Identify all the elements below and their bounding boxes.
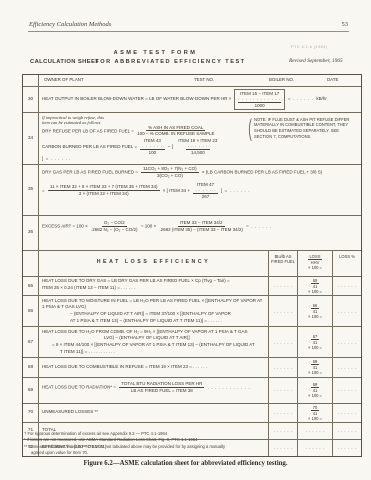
times-100-label: × 100 = [308,289,322,294]
brace-icon: ( [248,117,252,141]
row-number: 30 [23,87,39,112]
row-number: 65 [23,277,39,295]
fraction-denominator: 3 × (ITEM 32 + ITEM 34) [79,191,129,197]
heat-loss-header-row: HEAT LOSS EFFICIENCY Btu/lb AS FIRED FUE… [23,250,361,276]
loss-pct-value: . . . . . . [332,404,361,422]
loss-pct-value: . . . . . . [332,358,361,376]
loss-fraction: 67 41 × 100 = [297,327,332,357]
fraction: 11 × ITEM 32 + 8 × ITEM 33 + 7 (ITEM 35 … [48,184,160,196]
row-66: 66 HEAT LOSS DUE TO MOISTURE IN FUEL = L… [23,295,361,326]
formula-text: = [42,188,45,193]
row-number: 67 [23,327,39,357]
fraction-numerator: 11CO₂ + 8O₂ + 7(N₂ + CO) [141,166,199,173]
row-number: 66 [23,296,39,326]
fraction-denominator: 14,500 [191,150,205,156]
fraction-denominator: 3(CO₂ + CO) [157,173,183,179]
form-title-line1: ASME TEST FORM [0,50,311,56]
formula-line: AT 1 PSIA & T ITEM 13) − (ENTHALPY OF LI… [42,318,265,325]
flue-dust-note: NOTE: IF FLUE DUST & ASH PIT REFUSE DIFF… [254,115,358,141]
loss-fraction: 68 41 × 100 = [297,358,332,376]
fraction-denominator: 100 − % COMB. IN REFUSE SAMPLE [137,131,214,137]
formula-line: LVG) − (ENTHALPY OF LIQUID AT T AIR)] [42,335,265,342]
col-header-loss-pct: LOSS % [332,251,361,276]
fraction: 67 41 [311,334,320,345]
loss-pct-value: . . . . . . [332,378,361,403]
row-70: 70 UNMEASURED LOSSES ** . . . . . . 70 4… [23,403,361,422]
boiler-no-label: BOILER NO. [269,77,327,85]
fraction-denominator: .2682 N₂ − (O₂ − CO/2) [91,227,138,233]
fraction-numerator: % ASH IN AS FIRED COAL [146,125,205,132]
formula-text: DRY GAS PER LB AS FIRED FUEL BURNED = [42,170,138,175]
row-number: 34 [23,113,39,164]
row-65-content: HEAT LOSS DUE TO DRY GAS = LB DRY GAS PE… [39,277,268,295]
row-69: 69 HEAT LOSS DUE TO RADIATION* = TOTAL B… [23,377,361,403]
result-dots: = . . . . . . [246,224,271,229]
formula-line: = 9 × ITEM 44/100 × [(ENTHALPY OF VAPOR … [42,342,265,349]
fraction-value-dots: . . . . . . [193,187,217,194]
test-no-label: TEST NO. [194,77,269,85]
fraction-value-dots: . . . . . . [140,143,164,150]
fraction-value-dots: . . . . . . [186,143,210,150]
loss-fraction: 66 41 × 100 = [297,296,332,326]
formula-line: HEAT LOSS DUE TO H₂O FROM COMB. OF H₂ = … [42,329,265,336]
carbon-burned-formula: CARBON BURNED PER LB AS FIRED FUEL = ITE… [42,138,246,163]
row-68: 68 HEAT LOSS DUE TO COMBUSTIBLE IN REFUS… [23,357,361,376]
loss-pct-value: . . . . . . [332,296,361,326]
fraction: O₂ − CO/2 .2682 N₂ − (O₂ − CO/2) [91,220,138,232]
fraction-denominator: 100 [149,150,157,156]
running-head-title: Efficiency Calculation Methods [29,21,111,28]
fraction-numerator: TOTAL BTU RADIATION LOSS PER HR [119,381,204,388]
formula-line: HEAT LOSS DUE TO COMBUSTIBLE IN REFUSE =… [42,364,207,371]
loss-pct-value: . . . . . . [332,327,361,357]
row-number: 35 [23,165,39,215]
fraction: TOTAL BTU RADIATION LOSS PER HR LB AS FI… [119,381,204,393]
fraction-numerator: ITEM 33 − ITEM 34/2 [178,220,225,227]
times-100-label: × 100 = [308,393,322,398]
col-header-loss: LOSS HHV × 100 = [297,251,332,276]
row-36-content: EXCESS AIR† = 100 × O₂ − CO/2 .2682 N₂ −… [39,216,361,250]
row-35: 35 DRY GAS PER LB AS FIRED FUEL BURNED =… [23,164,361,215]
row-number: 36 [23,216,39,250]
btu-value: . . . . . . [268,404,297,422]
row-65: 65 HEAT LOSS DUE TO DRY GAS = LB DRY GAS… [23,276,361,295]
row-36: 36 EXCESS AIR† = 100 × O₂ − CO/2 .2682 N… [23,215,361,250]
fraction: 69 41 [311,382,320,393]
date-label: DATE [327,77,367,85]
formula-line: HEAT LOSS DUE TO DRY GAS = LB DRY GAS PE… [42,278,265,285]
formula-text: = 100 × [141,224,156,229]
fraction-denominator: 267 [202,194,210,200]
formula-text: × (LB CARBON BURNED PER LB AS FIRED FUEL… [202,170,322,175]
row-69-content: HEAT LOSS DUE TO RADIATION* = TOTAL BTU … [39,378,268,403]
row-30-text: HEAT OUTPUT IN BOILER BLOW-DOWN WATER = … [42,96,231,103]
header-rule [28,31,349,32]
fraction: % ASH IN AS FIRED COAL 100 − % COMB. IN … [137,125,214,137]
formula-text: EXCESS AIR† = 100 × [42,224,88,229]
book-page: Efficiency Calculation Methods 53 CALCUL… [0,0,371,480]
row-number: 69 [23,378,39,403]
row-number: 68 [23,358,39,376]
heat-loss-title: HEAT LOSS EFFICIENCY [39,251,268,276]
info-header-cells: OWNER OF PLANT TEST NO. BOILER NO. DATE [39,75,361,86]
row-number: 70 [23,404,39,422]
btu-value: . . . . . . [268,358,297,376]
radiation-formula: HEAT LOSS DUE TO RADIATION* = TOTAL BTU … [42,381,265,393]
fraction: 68 41 [311,359,320,370]
row-number-cell [23,75,39,86]
result-dots: . . . . . . . . . . . . [208,384,251,389]
row-35-content: DRY GAS PER LB AS FIRED FUEL BURNED = 11… [39,165,361,215]
row-34: 34 If impractical to weigh refuse, this … [23,112,361,164]
revision-date: Revised September, 1965 [289,58,343,64]
row-34-formulas: If impractical to weigh refuse, this ite… [42,115,246,163]
times-100-label: × 100 = [308,265,322,270]
fraction: 70 41 [311,405,320,416]
loss-fraction: 69 41 × 100 = [297,378,332,403]
dry-gas-formula-line2: = 11 × ITEM 32 + 8 × ITEM 33 + 7 (ITEM 3… [42,182,358,200]
fraction-numerator: 11 × ITEM 32 + 8 × ITEM 33 + 7 (ITEM 35 … [48,184,160,191]
times-100-label: × 100 = [308,370,322,375]
btu-value: . . . . . . [268,277,297,295]
times-100-label: × 100 = [308,345,322,350]
loss-fraction: 65 41 × 100 = [297,277,332,295]
times-100-label: × 100 = [308,314,322,319]
fraction-denominator: .2682 (ITEM 35) − (ITEM 33 − ITEM 34/2) [159,227,243,233]
formula-text: DRY REFUSE PER LB OF AS FIRED FUEL = [42,128,134,133]
dry-gas-formula-line1: DRY GAS PER LB AS FIRED FUEL BURNED = 11… [42,166,358,178]
formula-line: − (ENTHALPY OF LIQUID AT T AIR)] = ITEM … [42,311,265,318]
btu-value: . . . . . . [268,327,297,357]
formula-text: − [ [168,144,173,149]
fraction: ITEM 43 . . . . . . 100 [140,138,164,156]
fraction: LOSS HHV [308,254,323,265]
fraction: 11CO₂ + 8O₂ + 7(N₂ + CO) 3(CO₂ + CO) [141,166,199,178]
dry-refuse-formula: DRY REFUSE PER LB OF AS FIRED FUEL = % A… [42,125,246,137]
row-number-cell [23,251,39,276]
result-dots: ] = . . . . . . [221,188,250,193]
owner-of-plant-label: OWNER OF PLANT [44,77,194,85]
formula-line: ITEM 35 × 0.24 (ITEM 13 − ITEM 11) = . .… [42,285,265,292]
fraction-denominator: LB AS FIRED FUEL = ITEM 38 [131,388,193,394]
page-number: 53 [342,21,349,28]
fraction: ITEM 33 − ITEM 34/2 .2682 (ITEM 35) − (I… [159,220,243,232]
fraction: 65 41 [311,278,320,289]
row-30: 30 HEAT OUTPUT IN BOILER BLOW-DOWN WATER… [23,86,361,112]
result-dots: ] = . . . . . . [42,156,71,161]
calculation-sheet-table: OWNER OF PLANT TEST NO. BOILER NO. DATE … [22,74,362,457]
fraction: ITEM 19 × ITEM 23 . . . . . . 14,500 [176,138,219,156]
row-70-content: UNMEASURED LOSSES ** [39,404,268,422]
formula-text: HEAT LOSS DUE TO RADIATION* = [42,384,116,389]
row-66-content: HEAT LOSS DUE TO MOISTURE IN FUEL = LB H… [39,296,268,326]
times-100-label: × 100 = [308,416,322,421]
btu-value: . . . . . . [268,296,297,326]
formula-line: T ITEM 11)] = . . . . . . . . . . . [42,349,265,356]
info-header-row: OWNER OF PLANT TEST NO. BOILER NO. DATE [23,75,361,86]
row-34-content: If impractical to weigh refuse, this ite… [39,113,361,164]
col-header-btu: Btu/lb AS FIRED FUEL [268,251,297,276]
fraction: 66 41 [311,303,320,314]
running-head: Efficiency Calculation Methods 53 [29,21,348,28]
loss-pct-value: . . . . . . [332,277,361,295]
row-68-content: HEAT LOSS DUE TO COMBUSTIBLE IN REFUSE =… [39,358,268,376]
formula-text: × [ ITEM 34 + [163,188,190,193]
fraction: ITEM 47 . . . . . . 267 [193,182,217,200]
loss-fraction: 70 41 × 100 = [297,404,332,422]
row-67: 67 HEAT LOSS DUE TO H₂O FROM COMB. OF H₂… [23,326,361,357]
stray-marks: . . . . . . . . . [298,452,334,457]
formula-text: CARBON BURNED PER LB AS FIRED FUEL = [42,144,137,149]
row-30-content: HEAT OUTPUT IN BOILER BLOW-DOWN WATER = … [39,87,361,112]
form-code: PTC 4.1-b (1964) [291,44,327,49]
fraction-numerator: O₂ − CO/2 [102,220,127,227]
row-30-fraction-box: ITEM 15 − ITEM 17 . . . . . . . . . . . … [234,89,285,111]
unit-label: kB/hr [316,96,327,103]
btu-value: . . . . . . [268,378,297,403]
row-label: UNMEASURED LOSSES ** [42,409,98,416]
figure-caption: Figure 6.2—ASME calculation sheet for ab… [0,460,371,467]
formula-line: HEAT LOSS DUE TO MOISTURE IN FUEL = LB H… [42,298,265,312]
fraction-denominator: 1000 [255,103,265,109]
row-67-content: HEAT LOSS DUE TO H₂O FROM COMB. OF H₂ = … [39,327,268,357]
result-dots: = . . . . . . [288,96,313,103]
excess-air-formula: EXCESS AIR† = 100 × O₂ − CO/2 .2682 N₂ −… [42,220,358,232]
fraction-value-dots: . . . . . . . . . . . . [238,96,281,103]
